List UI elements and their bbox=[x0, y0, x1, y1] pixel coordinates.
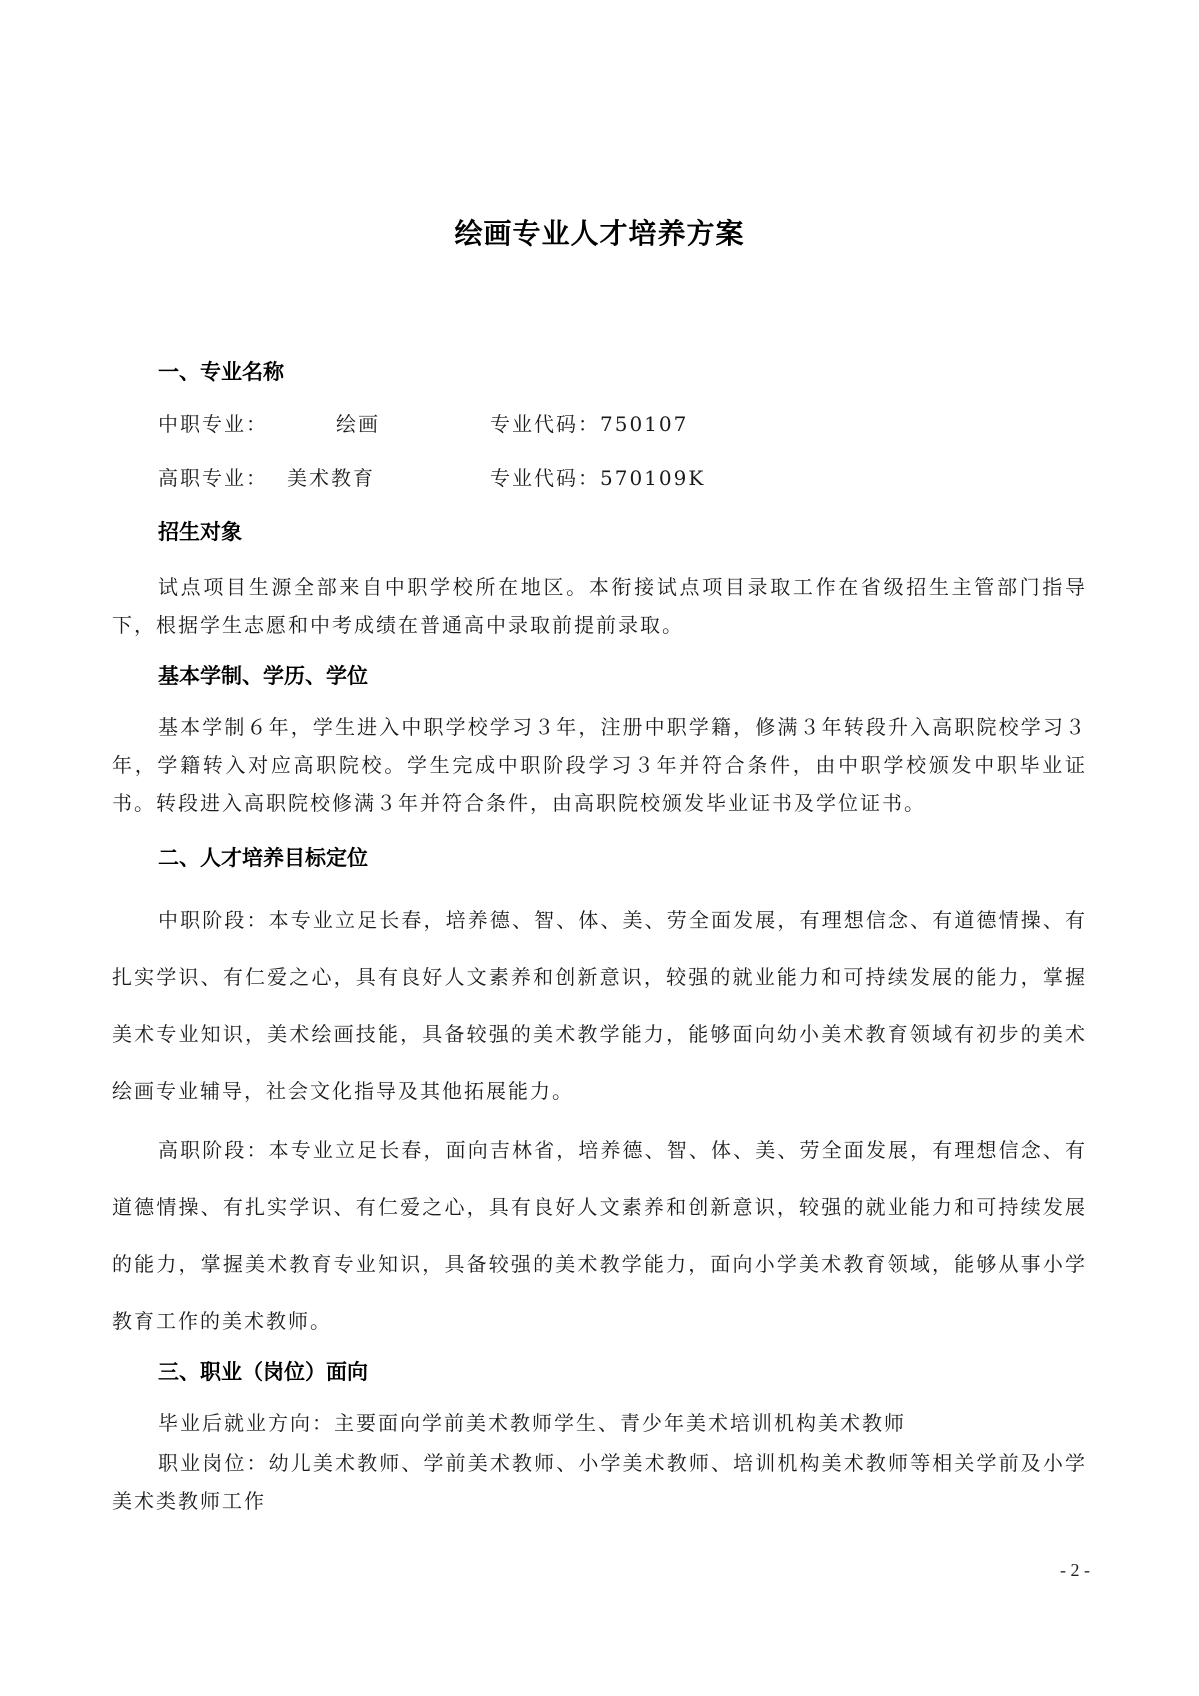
document-title: 绘画专业人才培养方案 bbox=[0, 212, 1199, 252]
major-row-higher: 高职专业： 美术教育 专业代码：570109K bbox=[112, 462, 1087, 492]
paragraph: 职业岗位：幼儿美术教师、学前美术教师、小学美术教师、培训机构美术教师等相关学前及… bbox=[112, 1444, 1087, 1520]
enrollment-body: 试点项目生源全部来自中职学校所在地区。本衔接试点项目录取工作在省级招生主管部门指… bbox=[112, 568, 1087, 644]
section-heading: 三、职业（岗位）面向 bbox=[112, 1356, 1087, 1386]
section-talent-goals: 二、人才培养目标定位 bbox=[112, 842, 1087, 872]
paragraph: 基本学制６年，学生进入中职学校学习３年，注册中职学籍，修满３年转段升入高职院校学… bbox=[112, 708, 1087, 822]
career-positions: 职业岗位：幼儿美术教师、学前美术教师、小学美术教师、培训机构美术教师等相关学前及… bbox=[112, 1444, 1087, 1520]
document-page: 绘画专业人才培养方案 一、专业名称 中职专业： 绘画 专业代码：750107 高… bbox=[0, 0, 1199, 1696]
major-row-secondary: 中职专业： 绘画 专业代码：750107 bbox=[112, 408, 1087, 438]
section-schooling: 基本学制、学历、学位 bbox=[112, 660, 1087, 690]
major-code: 专业代码：570109K bbox=[490, 462, 705, 491]
paragraph: 试点项目生源全部来自中职学校所在地区。本衔接试点项目录取工作在省级招生主管部门指… bbox=[112, 568, 1087, 644]
major-label: 高职专业： bbox=[158, 462, 268, 491]
paragraph: 中职阶段：本专业立足长春，培养德、智、体、美、劳全面发展，有理想信念、有道德情操… bbox=[112, 892, 1087, 1120]
section-heading: 招生对象 bbox=[112, 516, 1087, 546]
section-heading: 二、人才培养目标定位 bbox=[112, 842, 1087, 872]
section-major-name: 一、专业名称 bbox=[112, 356, 1087, 386]
page-number: - 2 - bbox=[1060, 1560, 1090, 1581]
goals-secondary-stage: 中职阶段：本专业立足长春，培养德、智、体、美、劳全面发展，有理想信念、有道德情操… bbox=[112, 892, 1087, 1120]
section-career: 三、职业（岗位）面向 bbox=[112, 1356, 1087, 1386]
section-heading: 一、专业名称 bbox=[112, 356, 1087, 386]
goals-higher-stage: 高职阶段：本专业立足长春，面向吉林省，培养德、智、体、美、劳全面发展，有理想信念… bbox=[112, 1122, 1087, 1350]
paragraph: 高职阶段：本专业立足长春，面向吉林省，培养德、智、体、美、劳全面发展，有理想信念… bbox=[112, 1122, 1087, 1350]
major-code: 专业代码：750107 bbox=[490, 408, 688, 437]
section-enrollment: 招生对象 bbox=[112, 516, 1087, 546]
paragraph: 毕业后就业方向：主要面向学前美术教师学生、青少年美术培训机构美术教师 bbox=[112, 1404, 1087, 1442]
career-direction: 毕业后就业方向：主要面向学前美术教师学生、青少年美术培训机构美术教师 bbox=[112, 1404, 1087, 1442]
section-heading: 基本学制、学历、学位 bbox=[112, 660, 1087, 690]
major-label: 中职专业： bbox=[158, 408, 268, 437]
schooling-body: 基本学制６年，学生进入中职学校学习３年，注册中职学籍，修满３年转段升入高职院校学… bbox=[112, 708, 1087, 822]
major-value: 美术教育 bbox=[287, 462, 375, 491]
major-value: 绘画 bbox=[336, 408, 380, 437]
